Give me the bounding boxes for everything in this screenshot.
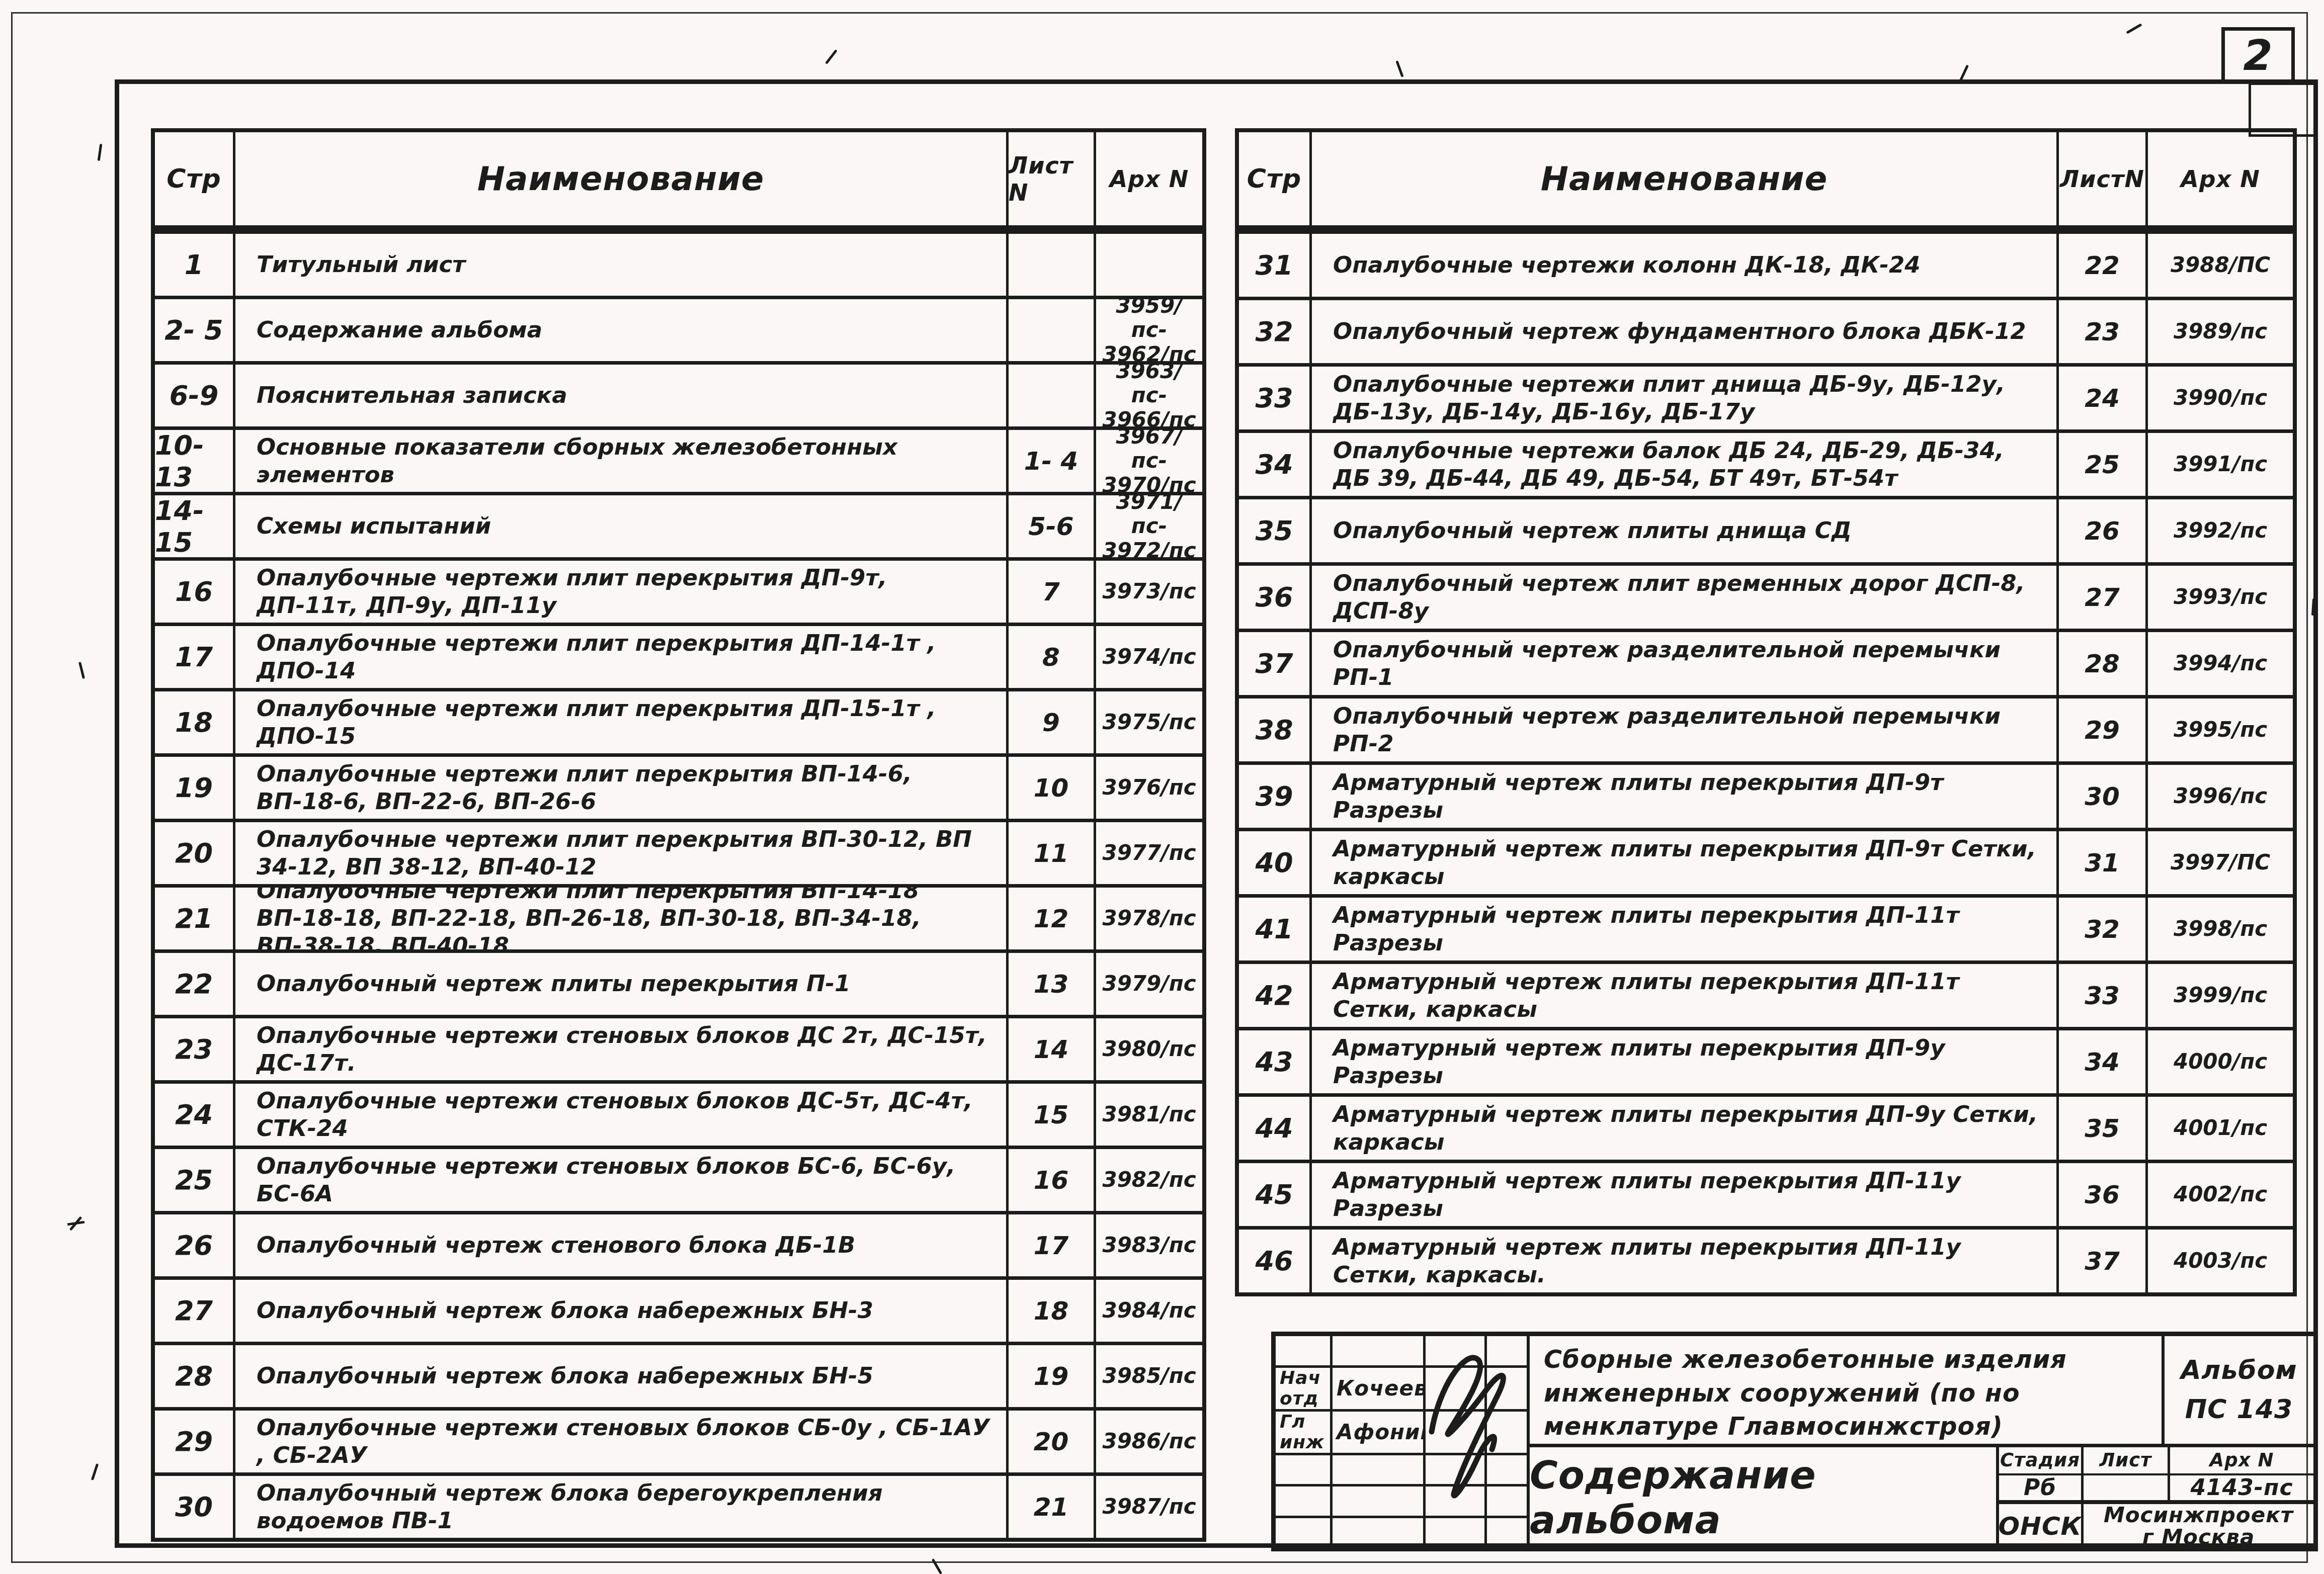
cell-arch: [1096, 234, 1202, 296]
cell-page: 39: [1239, 765, 1312, 828]
cell-name: Арматурный чертеж плиты перекрытия ДП-9т…: [1312, 765, 2059, 828]
table-row: 31Опалубочные чертежи колонн ДК-18, ДК-2…: [1239, 230, 2293, 297]
cell-arch: 3988/ПС: [2148, 234, 2293, 297]
cell-name: Опалубочный чертеж плиты днища СД: [1312, 499, 2059, 562]
cell-page: 22: [155, 953, 235, 1015]
contents-table-right: СтрНаименованиеЛистNАрх N31Опалубочные ч…: [1235, 128, 2297, 1296]
cell-page: 33: [1239, 367, 1312, 429]
header-name: Наименование: [235, 132, 1009, 225]
cell-page: 14-15: [155, 495, 235, 557]
cell-name: Опалубочный чертеж стенового блока ДБ-1В: [235, 1214, 1009, 1276]
cell-sheet: 11: [1009, 822, 1096, 884]
cell-arch: 3971/пс- 3972/пс: [1096, 495, 1202, 557]
cell-arch: 3975/пс: [1096, 691, 1202, 753]
cell-sheet: 22: [2059, 234, 2148, 297]
title-block: Нач отд Кочеева Гл инж Афонин: [1271, 1332, 2318, 1551]
cell-page: 18: [155, 691, 235, 753]
table-row: 14-15Схемы испытаний5-63971/пс- 3972/пс: [155, 492, 1202, 557]
drawing-sheet: 2 СтрНаименованиеЛист NАрх N1Титульный л…: [0, 0, 2324, 1574]
cell-page: 19: [155, 757, 235, 819]
cell-sheet: 19: [1009, 1345, 1096, 1407]
cell-sheet: 23: [2059, 300, 2148, 363]
cell-sheet: 37: [2059, 1230, 2148, 1292]
table-header-row: СтрНаименованиеЛист NАрх N: [155, 132, 1202, 230]
cell-page: 28: [155, 1345, 235, 1407]
cell-page: 46: [1239, 1230, 1312, 1292]
cell-sheet: 24: [2059, 367, 2148, 429]
cell-arch: 3990/пс: [2148, 367, 2293, 429]
cell-arch: 3979/пс: [1096, 953, 1202, 1015]
signer-role: Гл инж: [1276, 1412, 1333, 1453]
table-row: 16Опалубочные чертежи плит перекрытия ДП…: [155, 557, 1202, 623]
cell-name: Опалубочный чертеж плиты перекрытия П-1: [235, 953, 1009, 1015]
cell-sheet: [1009, 234, 1096, 296]
cell-arch: 4001/пс: [2148, 1097, 2293, 1160]
cell-sheet: 7: [1009, 561, 1096, 623]
signer-name: Кочеева: [1333, 1368, 1426, 1409]
signature-row: Нач отд Кочеева: [1276, 1365, 1527, 1409]
cell-page: 30: [155, 1476, 235, 1538]
cell-page: 31: [1239, 234, 1312, 297]
cell-sheet: 33: [2059, 964, 2148, 1027]
cell-name: Опалубочные чертежи колонн ДК-18, ДК-24: [1312, 234, 2059, 297]
cell-arch: 3967/пс- 3970/пс: [1096, 430, 1202, 492]
table-row: 22Опалубочный чертеж плиты перекрытия П-…: [155, 949, 1202, 1015]
cell-arch: 3978/пс: [1096, 888, 1202, 949]
signature-row: [1276, 1453, 1527, 1484]
cell-name: Опалубочные чертежи плит днища ДБ-9у, ДБ…: [1312, 367, 2059, 429]
header-page: Стр: [155, 132, 235, 225]
cell-sheet: 31: [2059, 831, 2148, 894]
cell-name: Опалубочные чертежи балок ДБ 24, ДБ-29, …: [1312, 433, 2059, 496]
table-row: 29Опалубочные чертежи стеновых блоков СБ…: [155, 1407, 1202, 1472]
table-row: 30Опалубочный чертеж блока берегоукрепле…: [155, 1472, 1202, 1538]
cell-name: Опалубочные чертежи стеновых блоков ДС 2…: [235, 1018, 1009, 1080]
album-label: Альбом: [2181, 1351, 2297, 1390]
page-number: 2: [2243, 31, 2273, 80]
cell-arch: 3999/пс: [2148, 964, 2293, 1027]
cell-page: 44: [1239, 1097, 1312, 1160]
project-name: Сборные железобетонные изделия инженерны…: [1530, 1336, 2165, 1444]
cell-name: Опалубочный чертеж блока набережных БН-3: [235, 1280, 1009, 1342]
table-row: 28Опалубочный чертеж блока набережных БН…: [155, 1342, 1202, 1407]
cell-page: 21: [155, 888, 235, 949]
cell-page: 29: [155, 1411, 235, 1472]
cell-arch: 3992/пс: [2148, 499, 2293, 562]
cell-page: 38: [1239, 698, 1312, 761]
stage-label: Стадия: [1999, 1447, 2084, 1473]
cell-page: 45: [1239, 1163, 1312, 1226]
cell-name: Опалубочные чертежи плит перекрытия ВП-1…: [235, 757, 1009, 819]
cell-page: 32: [1239, 300, 1312, 363]
cell-sheet: 14: [1009, 1018, 1096, 1080]
cell-sheet: 36: [2059, 1163, 2148, 1226]
cell-sheet: 18: [1009, 1280, 1096, 1342]
table-row: 39Арматурный чертеж плиты перекрытия ДП-…: [1239, 761, 2293, 828]
cell-sheet: 5-6: [1009, 495, 1096, 557]
cell-sheet: 28: [2059, 632, 2148, 695]
header-name: Наименование: [1312, 132, 2059, 225]
sheet-label: Лист: [2084, 1447, 2170, 1473]
table-row: 36Опалубочный чертеж плит временных доро…: [1239, 562, 2293, 629]
signature-row: [1276, 1336, 1527, 1365]
cell-name: Пояснительная записка: [235, 365, 1009, 426]
table-row: 45Арматурный чертеж плиты перекрытия ДП-…: [1239, 1160, 2293, 1226]
album-number: ПС 143: [2185, 1390, 2293, 1429]
cell-arch: 3984/пс: [1096, 1280, 1202, 1342]
cell-name: Основные показатели сборных железобетонн…: [235, 430, 1009, 492]
cell-arch: 3976/пс: [1096, 757, 1202, 819]
cell-arch: 3987/пс: [1096, 1476, 1202, 1538]
cell-name: Опалубочный чертеж фундаментного блока Д…: [1312, 300, 2059, 363]
cell-name: Опалубочные чертежи плит перекрытия ДП-9…: [235, 561, 1009, 623]
cell-arch: 3973/пс: [1096, 561, 1202, 623]
cell-page: 25: [155, 1149, 235, 1211]
table-row: 38Опалубочный чертеж разделительной пере…: [1239, 695, 2293, 761]
table-row: 20Опалубочные чертежи плит перекрытия ВП…: [155, 819, 1202, 884]
cell-name: Опалубочные чертежи плит перекрытия ДП-1…: [235, 626, 1009, 688]
cell-sheet: 21: [1009, 1476, 1096, 1538]
cell-page: 37: [1239, 632, 1312, 695]
cell-sheet: 16: [1009, 1149, 1096, 1211]
cell-page: 2- 5: [155, 299, 235, 361]
cell-name: Опалубочные чертежи плит перекрытия ДП-1…: [235, 691, 1009, 753]
cell-name: Опалубочный чертеж разделительной перемы…: [1312, 632, 2059, 695]
cell-page: 20: [155, 822, 235, 884]
cell-arch: 4002/пс: [2148, 1163, 2293, 1226]
cell-sheet: [1009, 299, 1096, 361]
cell-sheet: 26: [2059, 499, 2148, 562]
cell-name: Опалубочный чертеж плит временных дорог …: [1312, 566, 2059, 629]
header-page: Стр: [1239, 132, 1312, 225]
cell-sheet: 15: [1009, 1084, 1096, 1146]
table-row: 19Опалубочные чертежи плит перекрытия ВП…: [155, 753, 1202, 819]
title-block-main: Сборные железобетонные изделия инженерны…: [1530, 1336, 2313, 1547]
cell-arch: 4000/пс: [2148, 1030, 2293, 1093]
cell-name: Опалубочный чертеж блока набережных БН-5: [235, 1345, 1009, 1407]
cell-arch: 3989/пс: [2148, 300, 2293, 363]
cell-page: 1: [155, 234, 235, 296]
cell-page: 27: [155, 1280, 235, 1342]
arch-label: Арх N: [2170, 1447, 2313, 1473]
cell-sheet: 9: [1009, 691, 1096, 753]
table-row: 21Опалубочные чертежи плит перекрытия ВП…: [155, 884, 1202, 949]
cell-page: 43: [1239, 1030, 1312, 1093]
cell-arch: 3981/пс: [1096, 1084, 1202, 1146]
table-row: 6-9Пояснительная записка3963/пс- 3966/пс: [155, 361, 1202, 426]
table-row: 33Опалубочные чертежи плит днища ДБ-9у, …: [1239, 363, 2293, 429]
signature-row: [1276, 1484, 1527, 1516]
table-row: 43Арматурный чертеж плиты перекрытия ДП-…: [1239, 1027, 2293, 1093]
cell-page: 24: [155, 1084, 235, 1146]
cell-page: 10-13: [155, 430, 235, 492]
cell-name: Арматурный чертеж плиты перекрытия ДП-11…: [1312, 1230, 2059, 1292]
signature-grid: Нач отд Кочеева Гл инж Афонин: [1276, 1336, 1530, 1547]
table-row: 46Арматурный чертеж плиты перекрытия ДП-…: [1239, 1226, 2293, 1292]
cell-arch: 3985/пс: [1096, 1345, 1202, 1407]
cell-name: Арматурный чертеж плиты перекрытия ДП-11…: [1312, 1163, 2059, 1226]
header-sheet: ЛистN: [2059, 132, 2148, 225]
header-sheet: Лист N: [1009, 132, 1096, 225]
cell-arch: 3996/пс: [2148, 765, 2293, 828]
page-number-box: 2: [2221, 27, 2295, 83]
cell-page: 36: [1239, 566, 1312, 629]
cell-page: 16: [155, 561, 235, 623]
cell-sheet: 34: [2059, 1030, 2148, 1093]
cell-name: Арматурный чертеж плиты перекрытия ДП-9у…: [1312, 1030, 2059, 1093]
cell-name: Опалубочный чертеж разделительной перемы…: [1312, 698, 2059, 761]
cell-arch: 3995/пс: [2148, 698, 2293, 761]
cell-sheet: [1009, 365, 1096, 426]
cell-sheet: 30: [2059, 765, 2148, 828]
cell-sheet: 8: [1009, 626, 1096, 688]
cell-sheet: 10: [1009, 757, 1096, 819]
cell-name: Опалубочные чертежи стеновых блоков БС-6…: [235, 1149, 1009, 1211]
cell-name: Опалубочные чертежи плит перекрытия ВП-3…: [235, 822, 1009, 884]
cell-page: 23: [155, 1018, 235, 1080]
cell-arch: 4003/пс: [2148, 1230, 2293, 1292]
cell-page: 41: [1239, 898, 1312, 960]
arch-value: 4143-пс: [2170, 1475, 2313, 1500]
cell-sheet: 32: [2059, 898, 2148, 960]
cell-arch: 3977/пс: [1096, 822, 1202, 884]
cell-sheet: 27: [2059, 566, 2148, 629]
table-header-row: СтрНаименованиеЛистNАрх N: [1239, 132, 2293, 230]
table-row: 27Опалубочный чертеж блока набережных БН…: [155, 1276, 1202, 1342]
table-row: 18Опалубочные чертежи плит перекрытия ДП…: [155, 688, 1202, 753]
cell-name: Опалубочный чертеж блока берегоукреплени…: [235, 1476, 1009, 1538]
cell-name: Опалубочные чертежи стеновых блоков ДС-5…: [235, 1084, 1009, 1146]
cell-arch: 3959/пс- 3962/пс: [1096, 299, 1202, 361]
table-row: 41Арматурный чертеж плиты перекрытия ДП-…: [1239, 894, 2293, 960]
header-arch: Арх N: [1096, 132, 1202, 225]
cell-arch: 3994/пс: [2148, 632, 2293, 695]
album-number-cell: Альбом ПС 143: [2165, 1336, 2313, 1444]
signature-row: [1276, 1516, 1527, 1547]
cell-name: Арматурный чертеж плиты перекрытия ДП-9т…: [1312, 831, 2059, 894]
cell-name: Опалубочные чертежи стеновых блоков СБ-0…: [235, 1411, 1009, 1472]
cell-name: Опалубочные чертежи плит перекрытия ВП-1…: [235, 888, 1009, 949]
cell-name: Арматурный чертеж плиты перекрытия ДП-9у…: [1312, 1097, 2059, 1160]
cell-sheet: 20: [1009, 1411, 1096, 1472]
signer-name: Афонин: [1333, 1412, 1426, 1453]
cell-sheet: 12: [1009, 888, 1096, 949]
cell-name: Арматурный чертеж плиты перекрытия ДП-11…: [1312, 964, 2059, 1027]
cell-name: Схемы испытаний: [235, 495, 1009, 557]
cell-page: 42: [1239, 964, 1312, 1027]
organization: Мосинжпроект г Москва: [2084, 1504, 2313, 1548]
cell-arch: 3963/пс- 3966/пс: [1096, 365, 1202, 426]
table-row: 25Опалубочные чертежи стеновых блоков БС…: [155, 1146, 1202, 1211]
signature-row: Гл инж Афонин: [1276, 1409, 1527, 1453]
cell-page: 34: [1239, 433, 1312, 496]
cell-page: 17: [155, 626, 235, 688]
table-row: 37Опалубочный чертеж разделительной пере…: [1239, 629, 2293, 695]
table-row: 42Арматурный чертеж плиты перекрытия ДП-…: [1239, 960, 2293, 1027]
contents-table-left: СтрНаименованиеЛист NАрх N1Титульный лис…: [151, 128, 1206, 1542]
cell-arch: 3982/пс: [1096, 1149, 1202, 1211]
table-row: 40Арматурный чертеж плиты перекрытия ДП-…: [1239, 828, 2293, 894]
cell-sheet: 1- 4: [1009, 430, 1096, 492]
cell-arch: 3980/пс: [1096, 1018, 1202, 1080]
cell-page: 35: [1239, 499, 1312, 562]
table-row: 44Арматурный чертеж плиты перекрытия ДП-…: [1239, 1093, 2293, 1160]
table-row: 24Опалубочные чертежи стеновых блоков ДС…: [155, 1080, 1202, 1146]
table-row: 1Титульный лист: [155, 230, 1202, 296]
table-row: 35Опалубочный чертеж плиты днища СД26399…: [1239, 496, 2293, 562]
cell-page: 6-9: [155, 365, 235, 426]
table-row: 10-13Основные показатели сборных железоб…: [155, 426, 1202, 492]
cell-arch: 3998/пс: [2148, 898, 2293, 960]
cell-name: Титульный лист: [235, 234, 1009, 296]
table-row: 26Опалубочный чертеж стенового блока ДБ-…: [155, 1211, 1202, 1276]
cell-arch: 3974/пс: [1096, 626, 1202, 688]
cell-name: Содержание альбома: [235, 299, 1009, 361]
header-arch: Арх N: [2148, 132, 2293, 225]
cell-arch: 3993/пс: [2148, 566, 2293, 629]
cell-page: 26: [155, 1214, 235, 1276]
sheet-value: [2084, 1475, 2170, 1500]
department: ОНСК: [1999, 1504, 2084, 1548]
stage-value: Рб: [1999, 1475, 2084, 1500]
cell-name: Арматурный чертеж плиты перекрытия ДП-11…: [1312, 898, 2059, 960]
cell-sheet: 35: [2059, 1097, 2148, 1160]
table-row: 32Опалубочный чертеж фундаментного блока…: [1239, 297, 2293, 363]
cell-page: 40: [1239, 831, 1312, 894]
document-title: Содержание альбома: [1530, 1447, 1999, 1548]
cell-sheet: 29: [2059, 698, 2148, 761]
cell-sheet: 17: [1009, 1214, 1096, 1276]
table-row: 34Опалубочные чертежи балок ДБ 24, ДБ-29…: [1239, 429, 2293, 496]
cell-arch: 3986/пс: [1096, 1411, 1202, 1472]
table-row: 17Опалубочные чертежи плит перекрытия ДП…: [155, 623, 1202, 688]
cell-arch: 3991/пс: [2148, 433, 2293, 496]
table-row: 2- 5Содержание альбома3959/пс- 3962/пс: [155, 296, 1202, 361]
cell-arch: 3997/ПС: [2148, 831, 2293, 894]
cell-arch: 3983/пс: [1096, 1214, 1202, 1276]
cell-sheet: 25: [2059, 433, 2148, 496]
signer-role: Нач отд: [1276, 1368, 1333, 1409]
table-row: 23Опалубочные чертежи стеновых блоков ДС…: [155, 1015, 1202, 1080]
cell-sheet: 13: [1009, 953, 1096, 1015]
